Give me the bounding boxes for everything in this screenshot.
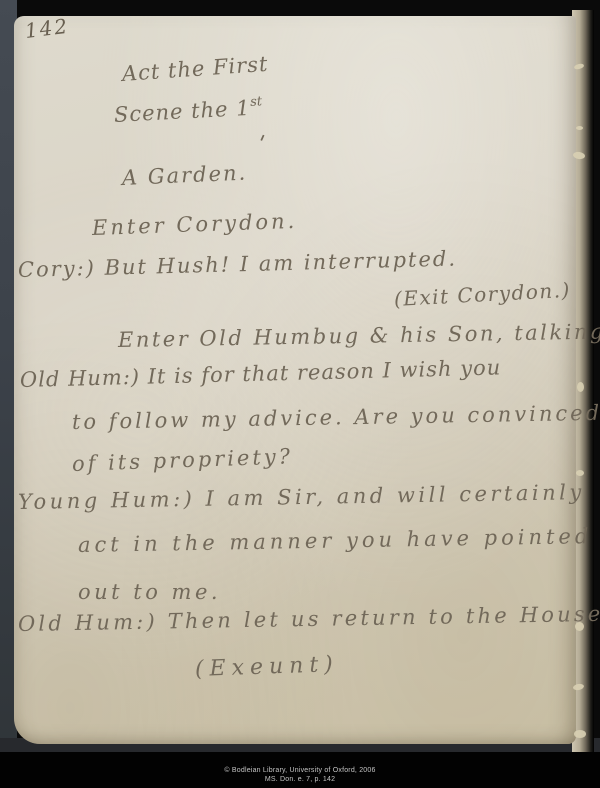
- copyright-line: © Bodleian Library, University of Oxford…: [0, 752, 600, 775]
- stage-direction-exeunt: (Exeunt): [195, 652, 340, 682]
- copyright-caption: © Bodleian Library, University of Oxford…: [0, 752, 600, 788]
- shelfmark-line: MS. Don. e. 7, p. 142: [0, 775, 600, 784]
- binding-stitch: [575, 622, 584, 631]
- scene-superscript: st: [250, 94, 263, 110]
- binding-stitch: [577, 382, 584, 392]
- speech-line-young-humbug-3: out to me.: [78, 580, 221, 604]
- binding-stitch: [576, 470, 584, 476]
- binding-stitch: [574, 730, 586, 738]
- photo-frame: 142 Act the First Scene the 1st ' A Gard…: [0, 0, 600, 788]
- binding-stitch: [576, 126, 583, 130]
